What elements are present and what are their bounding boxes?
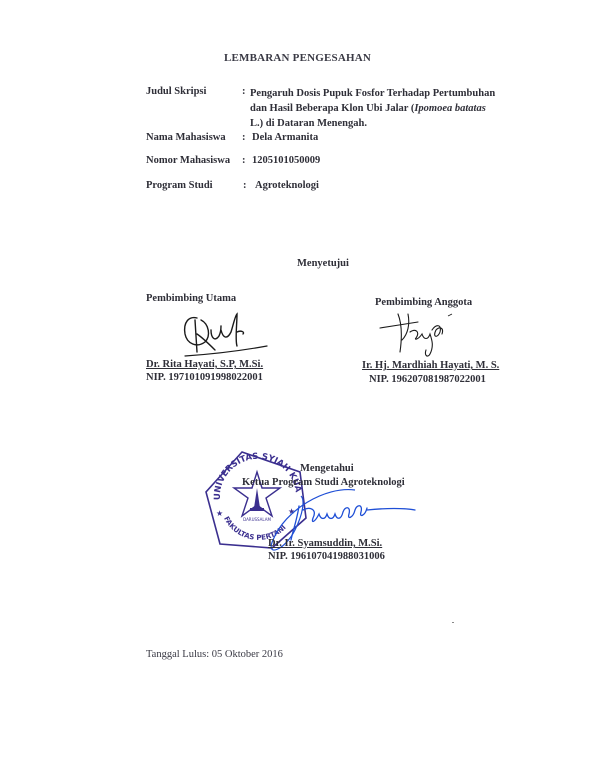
label-nama-mahasiswa: Nama Mahasiswa — [146, 132, 226, 143]
supervisor-1-nip: NIP. 197101091998022001 — [146, 372, 263, 383]
approval-heading: Menyetujui — [297, 258, 349, 269]
thesis-title-line-1: Pengaruh Dosis Pupuk Fosfor Terhadap Per… — [250, 86, 460, 101]
supervisor-2-nip: NIP. 196207081987022001 — [369, 374, 486, 385]
supervisor-1-role: Pembimbing Utama — [146, 293, 236, 304]
document-title: LEMBARAN PENGESAHAN — [0, 52, 595, 64]
graduation-date: Tanggal Lulus: 05 Oktober 2016 — [146, 649, 283, 660]
supervisor-2-name: Ir. Hj. Mardhiah Hayati, M. S. — [362, 360, 499, 371]
svg-text:★: ★ — [216, 509, 223, 518]
label-judul-skripsi: Judul Skripsi — [146, 86, 206, 97]
colon-program: : — [243, 180, 247, 191]
label-nomor-mahasiswa: Nomor Mahasiswa — [146, 155, 230, 166]
stray-mark — [452, 622, 454, 623]
student-name: Dela Armanita — [252, 132, 318, 143]
supervisor-2-role: Pembimbing Anggota — [375, 297, 472, 308]
label-program-studi: Program Studi — [146, 180, 213, 191]
student-number: 1205101050009 — [252, 155, 320, 166]
colon-judul: : — [242, 86, 246, 97]
thesis-title-line-2-text: dan Hasil Beberapa Klon Ubi Jalar ( — [250, 103, 414, 114]
thesis-title: Pengaruh Dosis Pupuk Fosfor Terhadap Per… — [250, 86, 460, 131]
head-of-program-name: Dr. Ir. Syamsuddin, M.Si. — [268, 538, 382, 549]
study-program: Agroteknologi — [255, 180, 319, 191]
thesis-title-species: Ipomoea batatas — [414, 103, 485, 114]
signature-icon — [175, 310, 275, 360]
thesis-title-line-3: L.) di Dataran Menengah. — [250, 116, 460, 131]
signature-icon — [378, 310, 468, 360]
thesis-title-line-2: dan Hasil Beberapa Klon Ubi Jalar (Ipomo… — [250, 101, 460, 116]
supervisor-1-name: Dr. Rita Hayati, S.P, M.Si. — [146, 359, 263, 370]
head-of-program-nip: NIP. 196107041988031006 — [268, 551, 385, 562]
colon-nama: : — [242, 132, 246, 143]
colon-nomor: : — [242, 155, 246, 166]
